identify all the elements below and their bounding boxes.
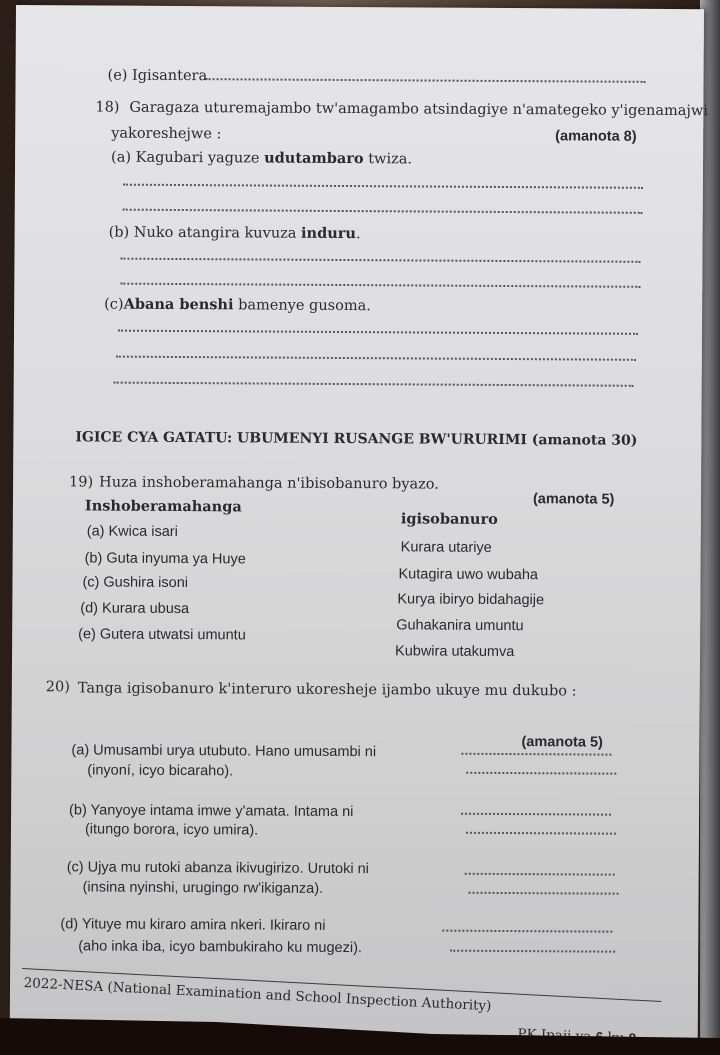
q20-answer-line[interactable] xyxy=(442,930,612,933)
q20-marks: (amanota 5) xyxy=(521,735,602,750)
q19-right-header: igisobanuro xyxy=(401,512,498,527)
q18c-answer-line-3[interactable] xyxy=(114,382,634,387)
q20-answer-line[interactable] xyxy=(461,813,611,816)
q18a-text: (a) Kagubari yaguze udutambaro twiza. xyxy=(111,151,412,167)
q18a-answer-line-2[interactable] xyxy=(123,209,643,214)
q19-left-item: (e) Gutera utwatsi umuntu xyxy=(78,627,246,643)
q20-number: 20) xyxy=(46,680,70,695)
q20-item-sentence: (b) Yanyoye intama imwe y'amata. Intama … xyxy=(69,803,353,819)
q18c-answer-line-1[interactable] xyxy=(118,330,638,335)
q20-answer-line[interactable] xyxy=(461,753,611,756)
q20-answer-line-continued[interactable] xyxy=(466,772,616,775)
q20-item-sentence: (a) Umusambi urya utubuto. Hano umusambi… xyxy=(71,743,376,759)
q18c-answer-line-2[interactable] xyxy=(116,356,636,361)
q19-right-item: Kurya ibiryo bidahagije xyxy=(397,592,544,607)
q20-item-sentence: (c) Ujya mu rutoki abanza ikivugirizo. U… xyxy=(67,860,369,876)
q18-instruction-line2: yakoreshejwe : xyxy=(111,127,221,142)
q18-instruction-line1: Garagaza uturemajambo tw'amagambo atsind… xyxy=(129,101,708,119)
q18b-answer-line-1[interactable] xyxy=(120,258,640,263)
q19-right-item: Kutagira uwo wubaha xyxy=(398,567,538,582)
q19-marks: (amanota 5) xyxy=(533,492,614,507)
q19-left-item: (b) Guta inyuma ya Huye xyxy=(85,551,246,566)
q20-item-options: (itungo borora, icyo umira). xyxy=(85,822,258,838)
q18c-text: (c)Abana benshi bamenye gusoma. xyxy=(104,298,371,314)
q18-number: 18) xyxy=(95,100,119,115)
q17e-answer-line[interactable] xyxy=(206,78,646,83)
exam-page: (e) Igisantera 18) Garagaza uturemajambo… xyxy=(10,5,704,1049)
section-title: IGICE CYA GATATU: UBUMENYI RUSANGE BW'UR… xyxy=(75,430,637,447)
q19-right-item: Kubwira utakumva xyxy=(395,644,514,659)
q20-instruction: Tanga igisobanuro k'interuro ukoresheje … xyxy=(78,681,577,699)
q19-right-item: Guhakanira umuntu xyxy=(396,618,523,633)
q20-answer-line-continued[interactable] xyxy=(469,892,619,895)
q19-left-header: Inshoberamahanga xyxy=(85,499,242,514)
q17e-label: (e) Igisantera xyxy=(108,69,208,84)
q19-left-item: (c) Gushira isoni xyxy=(82,575,188,590)
q18b-text: (b) Nuko atangira kuvuza induru. xyxy=(109,226,361,242)
q19-right-item: Kurara utariye xyxy=(401,540,492,555)
q20-item-sentence: (d) Yituye mu kiraro amira nkeri. Ikirar… xyxy=(60,917,325,933)
q20-item-options: (inyoní, icyo bicaraho). xyxy=(87,763,233,778)
q19-instruction: Huza inshoberamahanga n'ibisobanuro byaz… xyxy=(99,476,439,493)
q19-number: 19) xyxy=(69,475,93,490)
q19-left-item: (d) Kurara ubusa xyxy=(80,601,189,616)
q20-answer-line-continued[interactable] xyxy=(450,950,615,953)
q20-item-options: (aho inka iba, icyo bambukiraho ku mugez… xyxy=(78,939,362,955)
q19-left-item: (a) Kwica isari xyxy=(87,524,178,539)
q20-item-options: (insina nyinshi, urugingo rw'ikiganza). xyxy=(83,880,324,896)
q20-answer-line-continued[interactable] xyxy=(466,832,616,835)
q20-answer-line[interactable] xyxy=(465,873,615,876)
q18-marks: (amanota 8) xyxy=(555,129,636,144)
q18b-answer-line-2[interactable] xyxy=(120,283,640,288)
q18a-answer-line-1[interactable] xyxy=(123,184,643,189)
